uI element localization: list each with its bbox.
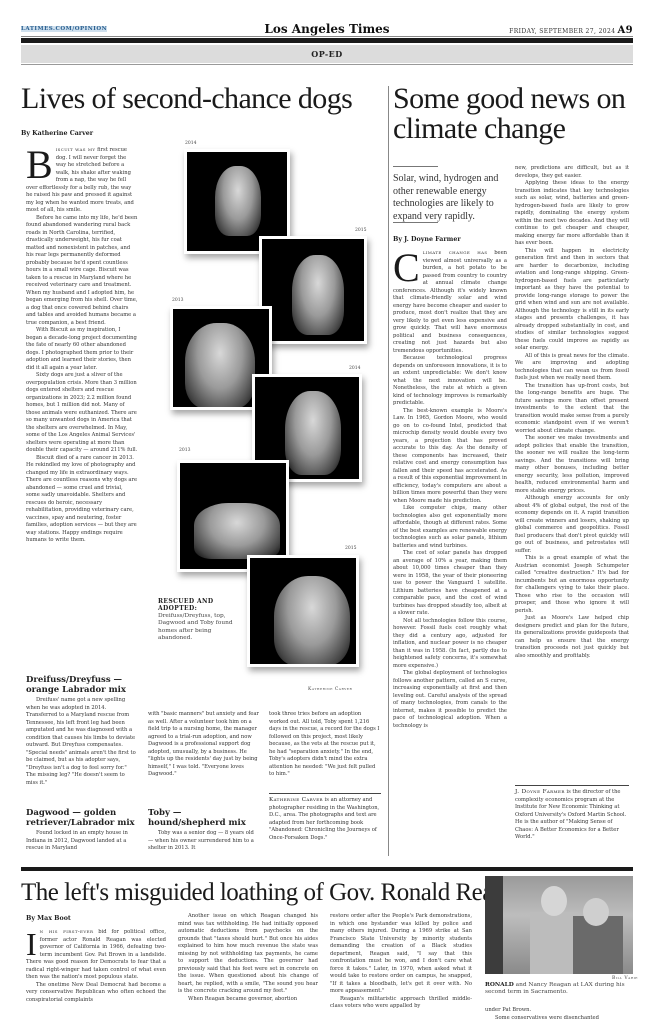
dagwood-subhead: Dagwood — golden retriever/Labrador mix (26, 808, 138, 828)
reagan-top-bar (21, 867, 633, 871)
dog-image (292, 255, 344, 335)
dagwood-continued: with "basic manners" but anxiety and fea… (148, 711, 260, 779)
dog-image (285, 391, 341, 475)
climate-para: The best-known example is Moore's Law. I… (393, 408, 507, 506)
climate-para: The transition has up-front costs, but t… (515, 383, 629, 436)
caption-label: RONALD (485, 982, 514, 988)
dog-image (215, 166, 261, 236)
reagan-body-col2: Another issue on which Reagan changed hi… (178, 913, 318, 1003)
dogs-para: Biscuit died of a rare cancer in 2013. H… (26, 455, 138, 545)
photo-year: 2013 (179, 448, 190, 453)
reagan-para: When Reagan became governor, abortion (178, 996, 318, 1004)
section-rule (21, 64, 633, 65)
reagan-para: restore order after the People's Park de… (330, 913, 472, 996)
toby-continued: took three tries before an adoption work… (269, 711, 381, 779)
reagan-para: The onetime New Deal Democrat had become… (26, 982, 166, 1005)
reagan-para: Some conservatives were disenchanted (485, 1015, 633, 1023)
section-label: OP-ED (21, 45, 633, 63)
photo-year: 2014 (185, 141, 196, 146)
climate-para: Applying these ideas to the energy trans… (515, 180, 629, 248)
reagan-dropcap: I (26, 930, 37, 958)
reagan-photo-credit: Bill Varie (612, 976, 638, 981)
photo-figure (583, 898, 609, 926)
reagan-body-col3: restore order after the People's Park de… (330, 913, 472, 1011)
dogs-para: With Biscuit as my inspiration, I began … (26, 327, 138, 372)
dog-photo (247, 555, 359, 667)
dogs-para: Sixty dogs are just a sliver of the over… (26, 372, 138, 455)
dogs-para: Dreifuss' name got a new spelling when h… (26, 697, 138, 787)
photo-year: 2014 (349, 366, 360, 371)
deck-rule-bottom (393, 222, 438, 223)
photo-credit: Katherine Carver (308, 687, 352, 692)
reagan-headline: The left's misguided loathing of Gov. Ro… (21, 880, 527, 905)
climate-para: The global deployment of technologies fo… (393, 670, 507, 730)
page-number: A9 (617, 25, 633, 36)
dogs-author-bio: Katherine Carver is an attorney and phot… (269, 797, 381, 842)
climate-lead: limate change has (423, 250, 488, 256)
climate-body-col2: new, predictions are difficult, but as i… (515, 165, 629, 660)
climate-para: This will happen in electricity generati… (515, 248, 629, 353)
reagan-para: Reagan's militaristic approach thrilled … (330, 996, 472, 1011)
photo-caption-label: RESCUED AND ADOPTED: (158, 598, 248, 612)
climate-para: Like computer chips, many other technolo… (393, 505, 507, 550)
climate-para: Although energy accounts for only about … (515, 495, 629, 555)
photo-caption-text: Dreifuss/Dreyfuss, top, Dagwood and Toby… (158, 613, 238, 642)
dogs-para: with "basic manners" but anxiety and fea… (148, 711, 260, 779)
climate-para: new, predictions are difficult, but as i… (515, 165, 629, 180)
column-divider (388, 86, 389, 856)
climate-body-col1: Climate change has been viewed almost un… (393, 250, 507, 730)
photo-figure (530, 912, 578, 974)
reagan-lead: n his first-ever (40, 929, 94, 935)
climate-bio-rule (515, 785, 629, 786)
climate-headline: Some good news on climate change (393, 84, 643, 144)
reagan-para: under Pat Brown. (485, 1007, 633, 1015)
photo-figure (485, 876, 503, 974)
issue-date: FRIDAY, SEPTEMBER 27, 2024A9 (509, 25, 633, 36)
dogs-lead: iscuit was my (56, 147, 96, 153)
climate-para: Just as Moore's Law helped chip designer… (515, 615, 629, 660)
climate-para: Not all technologies follow this course,… (393, 618, 507, 671)
dogs-para: Found locked in an empty house in Indian… (26, 830, 138, 853)
climate-para: The sooner we make investments and adopt… (515, 435, 629, 495)
dogs-byline: By Katherine Carver (21, 130, 93, 137)
reagan-body-col4: under Pat Brown. Some conservatives were… (485, 1007, 633, 1022)
climate-para: The cost of solar panels has dropped an … (393, 550, 507, 618)
dreyfuss-subhead: Dreifuss/Dreyfuss — orange Labrador mix (26, 675, 138, 695)
dog-image (185, 323, 255, 407)
deck-rule-top (393, 166, 438, 167)
bio-text: is an attorney and photographer residing… (269, 797, 379, 841)
dogs-body-col1: Biscuit was my first rescue dog. I will … (26, 147, 138, 545)
reagan-caption: RONALD and Nancy Reagan at LAX during hi… (485, 982, 635, 997)
reagan-byline: By Max Boot (26, 915, 71, 922)
photo-figure (541, 886, 567, 916)
photo-year: 2015 (355, 228, 366, 233)
masthead-bar (21, 38, 633, 43)
dogs-para: took three tries before an adoption work… (269, 711, 381, 779)
dreyfuss-text: Dreifuss' name got a new spelling when h… (26, 697, 138, 787)
masthead: LATIMES.COM/OPINION Los Angeles Times FR… (21, 22, 633, 36)
reagan-photo (485, 876, 633, 974)
reagan-para: Another issue on which Reagan changed hi… (178, 913, 318, 996)
photo-year: 2013 (172, 298, 183, 303)
date-text: FRIDAY, SEPTEMBER 27, 2024 (509, 28, 615, 35)
reagan-body-col1: In his first-ever bid for political offi… (26, 929, 166, 1004)
dogs-para: Toby was a senior dog — 8 years old — wh… (148, 830, 260, 853)
photo-year: 2015 (345, 546, 356, 551)
dogs-dropcap: B (26, 148, 53, 182)
dogs-bio-rule (269, 793, 381, 794)
reagan-para: bid for political office, former actor R… (26, 929, 166, 980)
climate-para: All of this is great news for the climat… (515, 353, 629, 383)
climate-dropcap: C (393, 251, 420, 285)
toby-subhead: Toby — hound/shepherd mix (148, 808, 260, 828)
climate-author-bio: J. Doyne Farmer is the director of the c… (515, 789, 629, 842)
masthead-rule (21, 36, 633, 37)
toby-text: Toby was a senior dog — 8 years old — wh… (148, 830, 260, 853)
climate-byline: By J. Doyne Farmer (393, 236, 461, 243)
bio-name: Katherine Carver (269, 797, 323, 803)
climate-para: This is a great example of what the Aust… (515, 555, 629, 615)
climate-para: Because technological progress depends o… (393, 355, 507, 408)
dogs-headline: Lives of second-chance dogs (21, 84, 352, 114)
dog-image (274, 576, 350, 664)
bio-text: is the director of the complexity econom… (515, 789, 626, 840)
dog-photo (259, 236, 367, 344)
dog-image (194, 503, 280, 559)
climate-deck: Solar, wind, hydrogen and other renewabl… (393, 173, 505, 223)
bio-name: J. Doyne Farmer (515, 789, 565, 795)
dagwood-text: Found locked in an empty house in Indian… (26, 830, 138, 853)
dogs-para: Before he came into my life, he'd been f… (26, 215, 138, 328)
